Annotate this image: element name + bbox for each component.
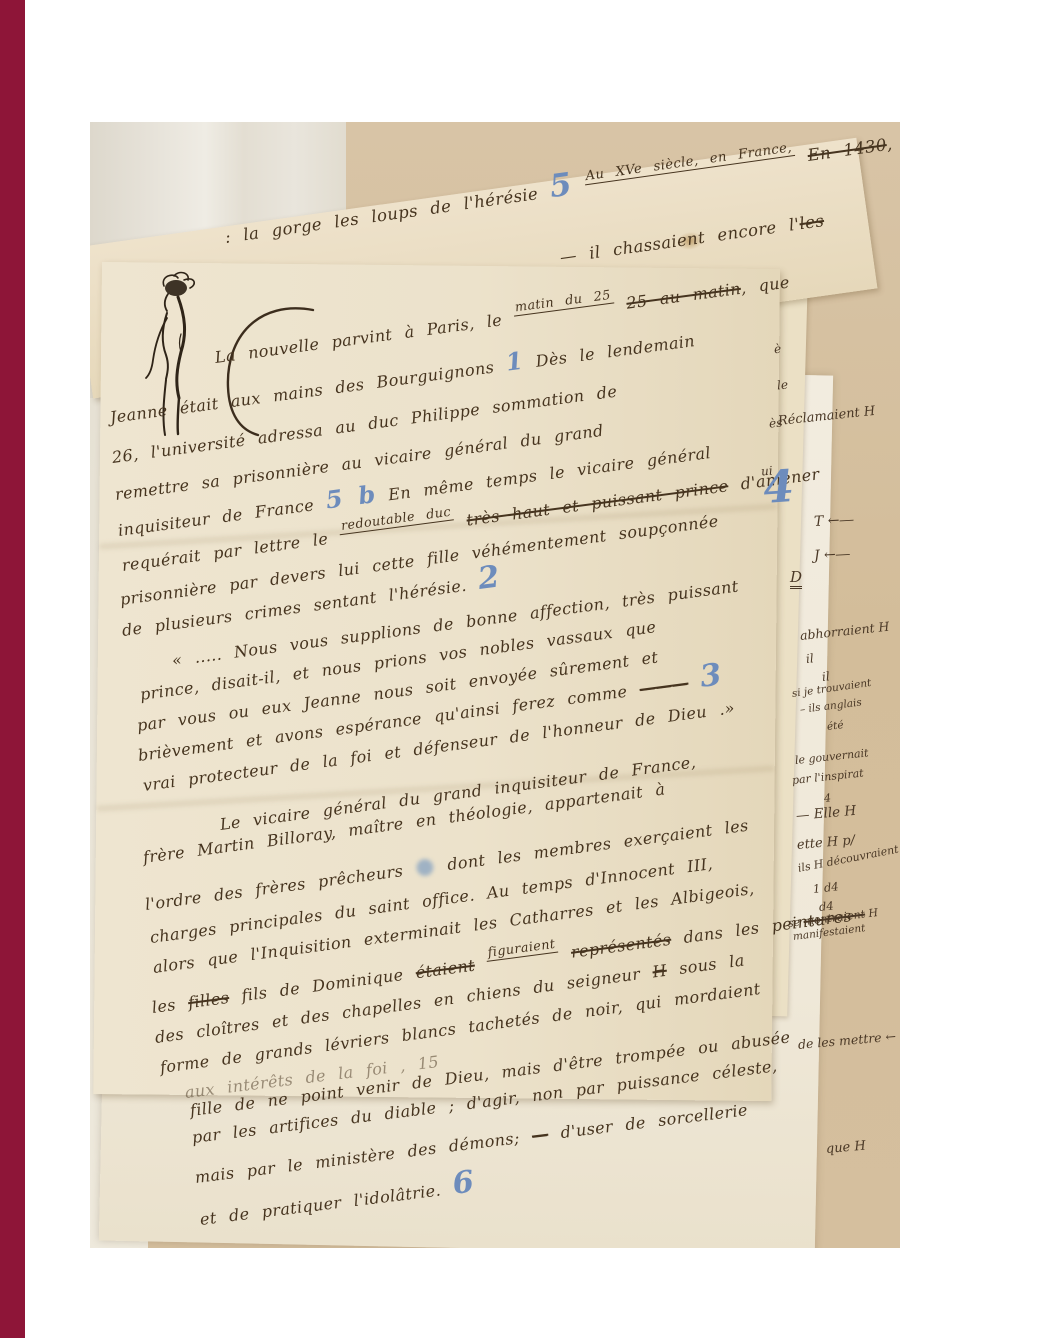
margin-note: J ←― (814, 546, 851, 564)
manuscript-photo: : la gorge les loups de l'hérésie 5 Au X… (90, 122, 900, 1248)
left-accent-bar (0, 0, 25, 1338)
margin-note: D (790, 568, 802, 586)
edge-fragment: le (776, 378, 788, 393)
blue-numeral: 4 (763, 486, 795, 507)
page: : la gorge les loups de l'hérésie 5 Au X… (0, 0, 1040, 1338)
margin-note: que H (825, 1139, 866, 1157)
margin-note: il (805, 651, 814, 666)
edge-fragment: è (773, 342, 781, 357)
margin-note: T ←― (814, 512, 854, 530)
margin-note: été (826, 719, 844, 733)
margin-note: 1 d4 (812, 879, 839, 896)
opening-flourish (218, 302, 318, 442)
margin-note: 4 (823, 791, 831, 805)
